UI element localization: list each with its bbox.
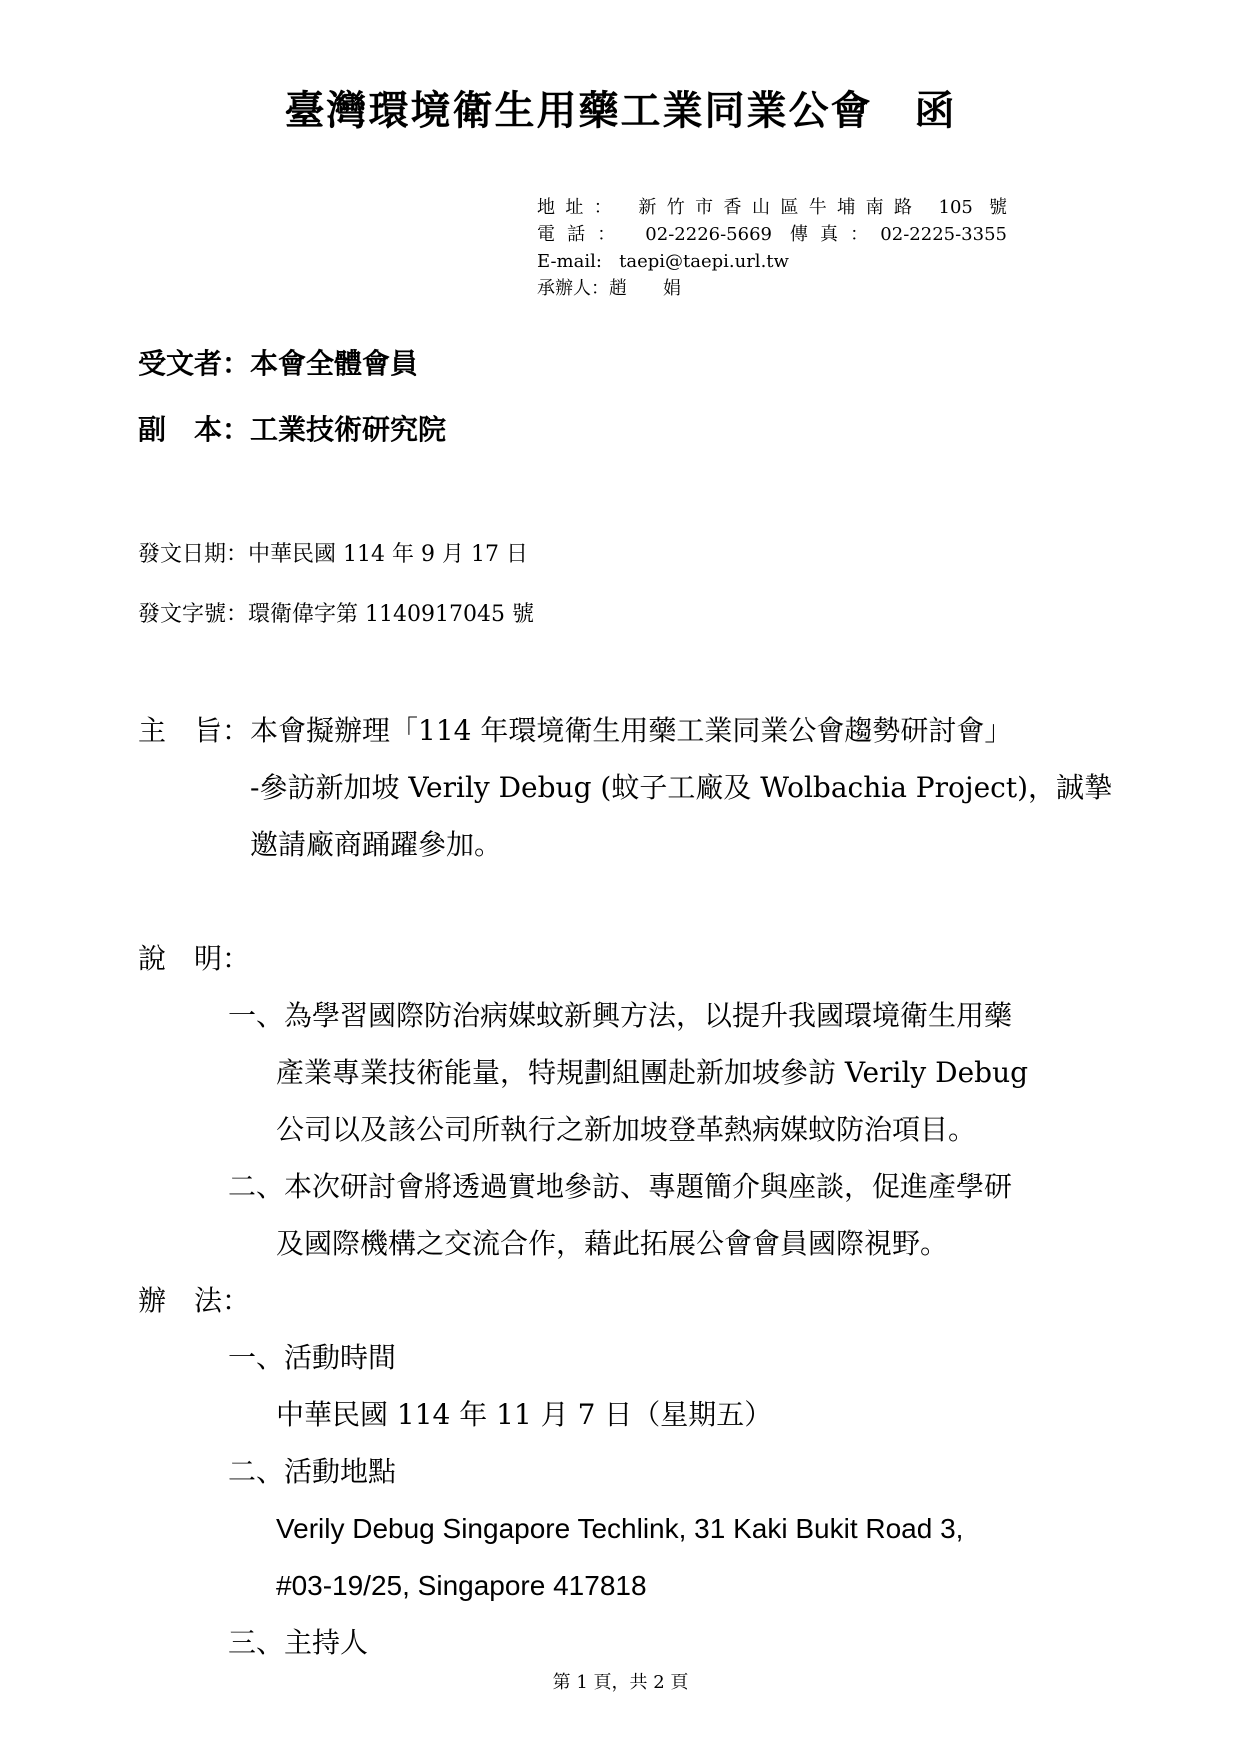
letterhead-phone-fax: 電話： 02-2226-5669 傳真：02-2225-3355 xyxy=(537,221,1007,248)
document-title-main: 臺灣環境衛生用藥工業同業公會 xyxy=(285,86,873,136)
recipient-cc-line: 副 本：工業技術研究院 xyxy=(138,410,1241,450)
method-line: #03-19/25, Singapore 417818 xyxy=(276,1557,1241,1614)
method-label: 辦 法： xyxy=(138,1272,1241,1329)
document-body: 主 旨： 本會擬辦理「114 年環境衛生用藥工業同業公會趨勢研討會」 -參訪新加… xyxy=(0,702,1241,1671)
explanation-line: 二、本次研討會將透過實地參訪、專題簡介與座談，促進產學研 xyxy=(228,1158,1241,1215)
method-line: Verily Debug Singapore Techlink, 31 Kaki… xyxy=(276,1500,1241,1557)
method-line: 二、活動地點 xyxy=(228,1443,1241,1500)
document-meta-block: 發文日期：中華民國 114 年 9 月 17 日 發文字號：環衛偉字第 1140… xyxy=(138,540,1241,630)
document-title-suffix: 函 xyxy=(915,86,957,136)
letterhead-contact: 承辦人：趙 娟 xyxy=(537,275,1007,302)
subject-line: 邀請廠商踊躍參加。 xyxy=(250,816,1241,873)
letterhead-block: 地址： 新竹市香山區牛埔南路 105 號 電話： 02-2226-5669 傳真… xyxy=(537,194,1007,302)
subject-section: 主 旨： 本會擬辦理「114 年環境衛生用藥工業同業公會趨勢研討會」 -參訪新加… xyxy=(138,702,1241,873)
explanation-section: 說 明： 一、為學習國際防治病媒蚊新興方法，以提升我國環境衛生用藥 產業專業技術… xyxy=(0,930,1241,1272)
letterhead-address: 地址： 新竹市香山區牛埔南路 105 號 xyxy=(537,194,1007,221)
subject-line: 本會擬辦理「114 年環境衛生用藥工業同業公會趨勢研討會」 xyxy=(250,702,1241,759)
explanation-line: 一、為學習國際防治病媒蚊新興方法，以提升我國環境衛生用藥 xyxy=(228,987,1241,1044)
subject-label: 主 旨： xyxy=(138,702,250,873)
subject-content: 本會擬辦理「114 年環境衛生用藥工業同業公會趨勢研討會」 -參訪新加坡 Ver… xyxy=(250,702,1241,873)
explanation-label: 說 明： xyxy=(138,930,1241,987)
document-title: 臺灣環境衛生用藥工業同業公會 函 xyxy=(0,86,1241,136)
explanation-line: 產業專業技術能量，特規劃組團赴新加坡參訪 Verily Debug xyxy=(276,1044,1241,1101)
letterhead-email: E-mail: taepi@taepi.url.tw xyxy=(537,248,1007,275)
method-section: 辦 法： 一、活動時間 中華民國 114 年 11 月 7 日（星期五） 二、活… xyxy=(0,1272,1241,1671)
issue-date-line: 發文日期：中華民國 114 年 9 月 17 日 xyxy=(138,540,1241,570)
method-line: 中華民國 114 年 11 月 7 日（星期五） xyxy=(276,1386,1241,1443)
method-line: 三、主持人 xyxy=(228,1614,1241,1671)
recipient-to-line: 受文者：本會全體會員 xyxy=(138,344,1241,384)
recipients-block: 受文者：本會全體會員 副 本：工業技術研究院 xyxy=(138,344,1241,450)
explanation-line: 及國際機構之交流合作，藉此拓展公會會員國際視野。 xyxy=(276,1215,1241,1272)
issue-number-line: 發文字號：環衛偉字第 1140917045 號 xyxy=(138,600,1241,630)
blank-line xyxy=(0,873,1241,930)
subject-line: -參訪新加坡 Verily Debug (蚊子工廠及 Wolbachia Pro… xyxy=(250,759,1241,816)
method-line: 一、活動時間 xyxy=(228,1329,1241,1386)
explanation-line: 公司以及該公司所執行之新加坡登革熱病媒蚊防治項目。 xyxy=(276,1101,1241,1158)
page-footer: 第 1 頁，共 2 頁 xyxy=(0,1671,1241,1695)
